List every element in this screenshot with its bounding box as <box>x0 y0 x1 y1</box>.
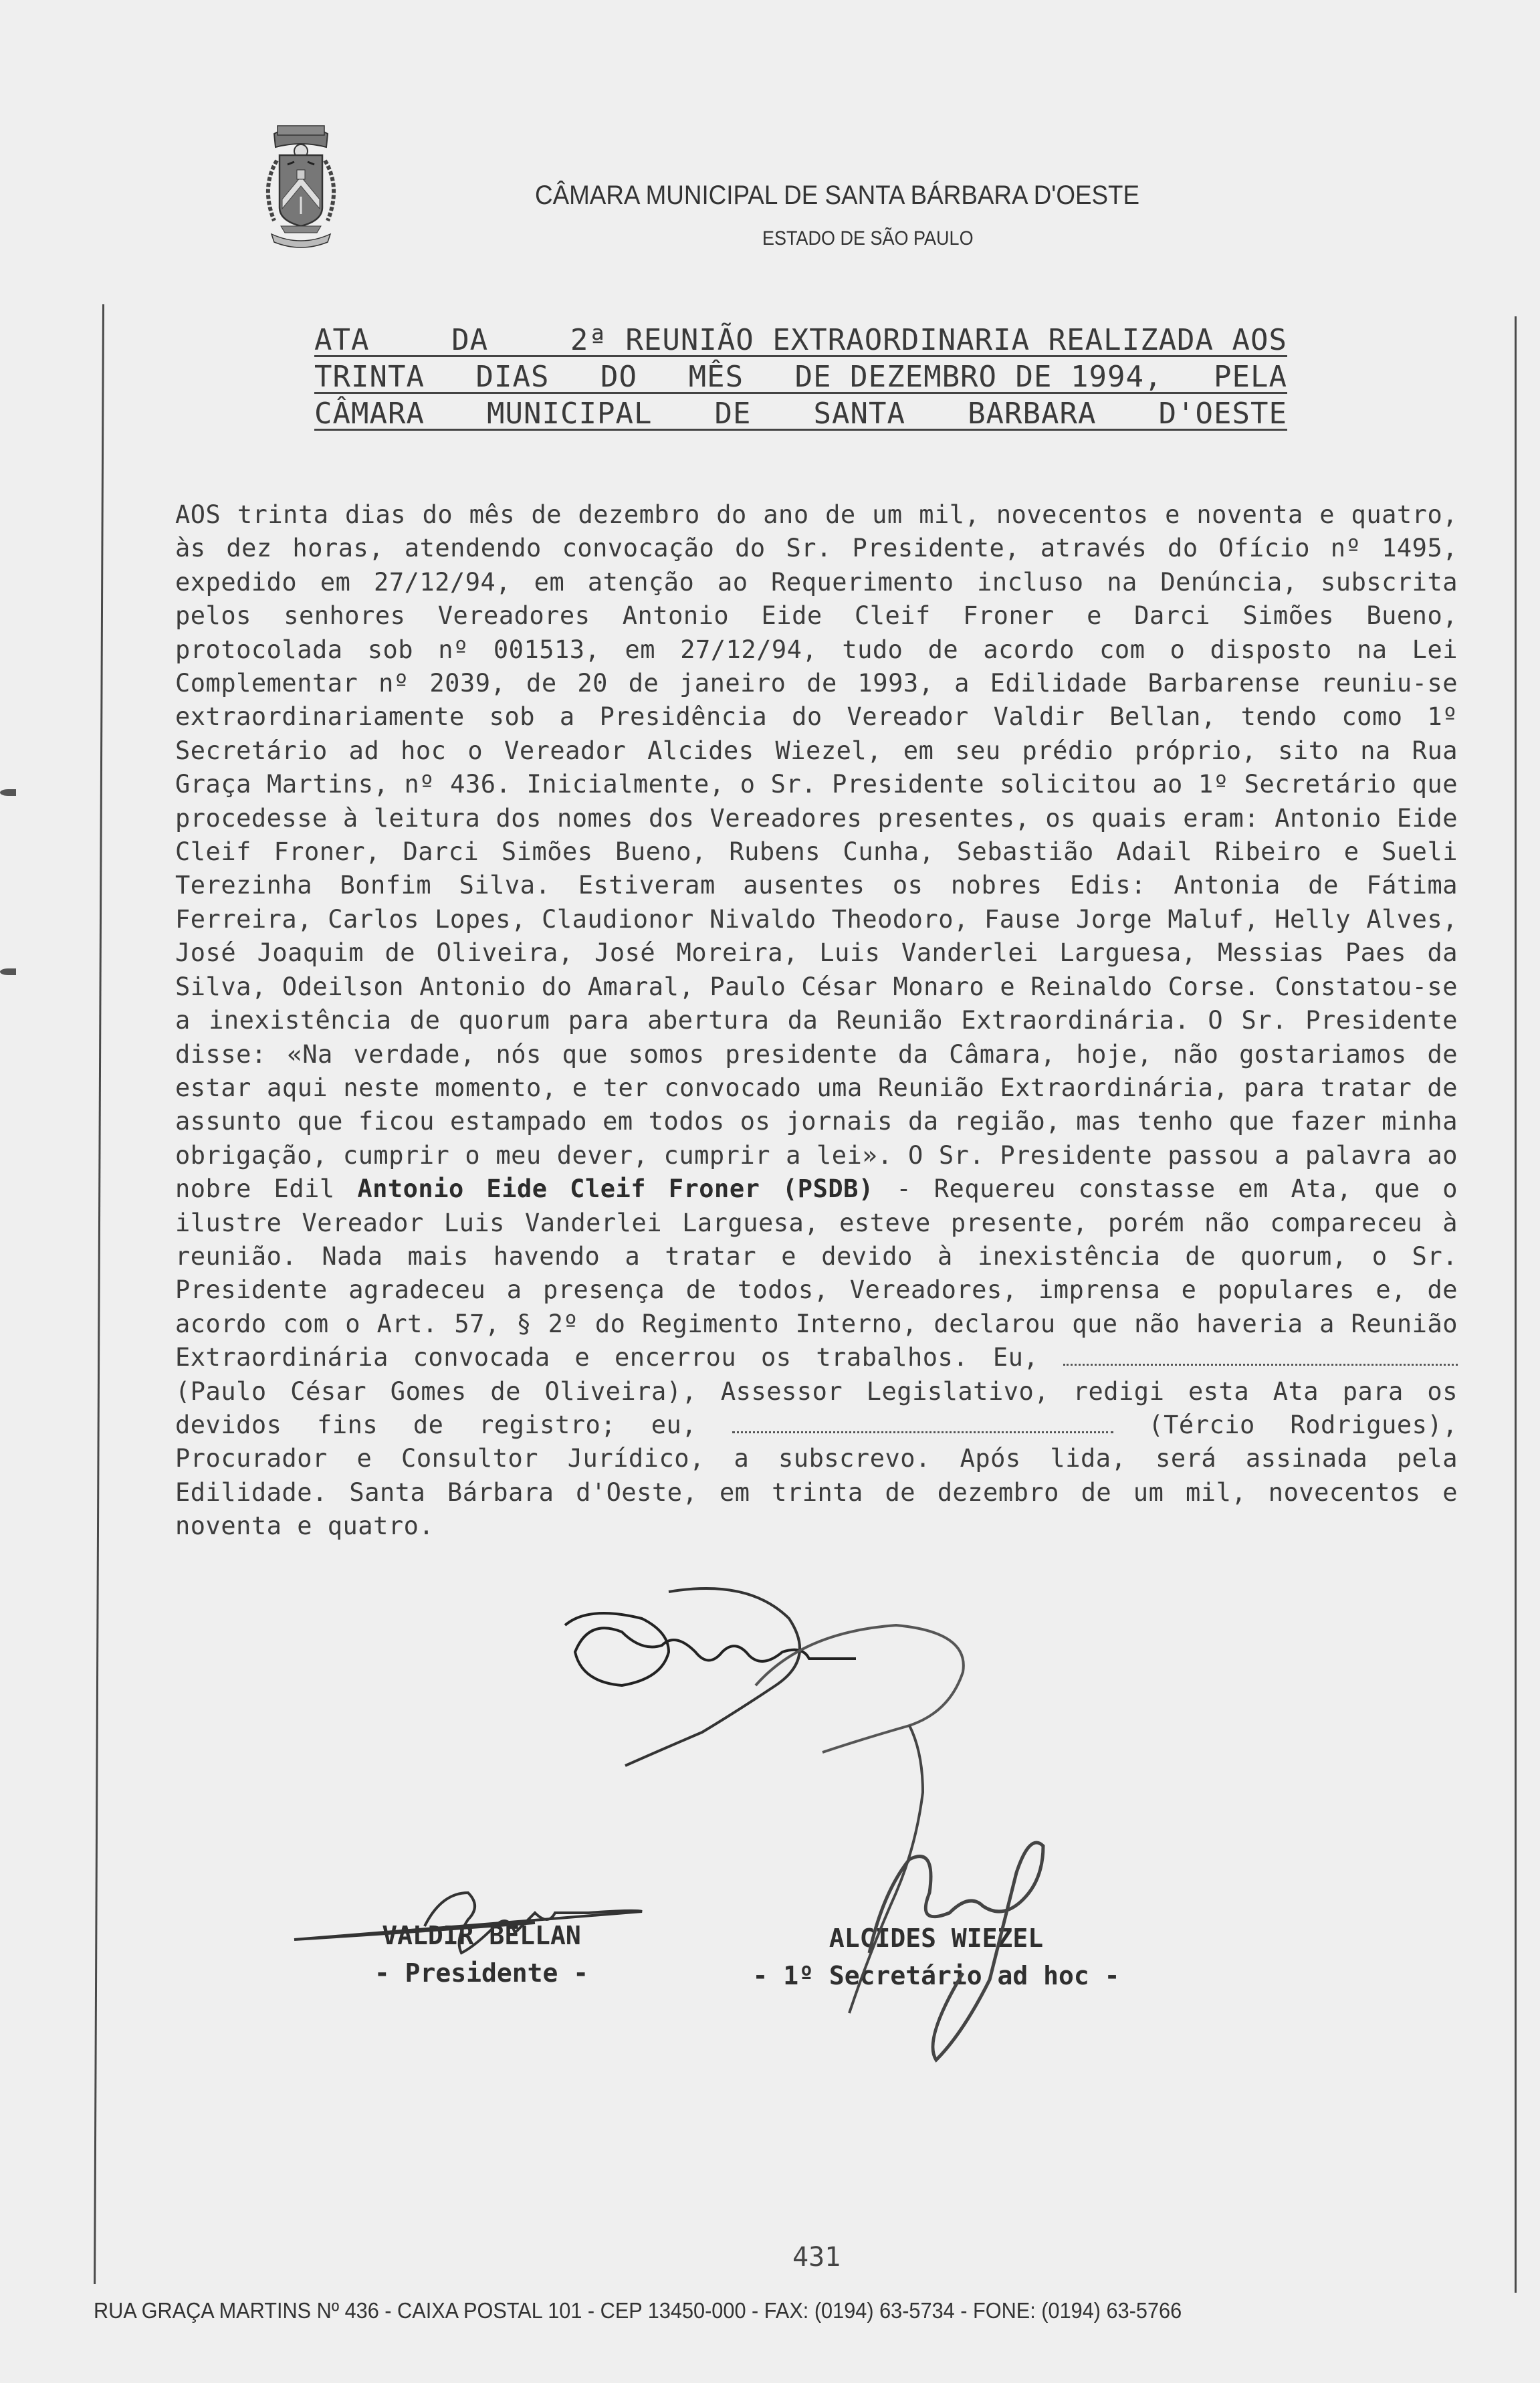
body-paragraph-part2: - Requereu constasse em Ata, que o ilust… <box>175 1174 1458 1372</box>
minutes-body: AOS trinta dias do mês de dezembro do an… <box>175 498 1458 1544</box>
title-word: MUNICIPAL <box>487 397 652 429</box>
left-border-line <box>94 304 104 2284</box>
title-line-2: TRINTADIASDOMÊSDE DEZEMBRO DE 1994,PELA <box>314 360 1287 394</box>
minutes-title: ATADA2ª REUNIÃO EXTRAORDINARIA REALIZADA… <box>314 323 1287 433</box>
subscriber-signature-line <box>732 1431 1113 1433</box>
secretary-role: - 1º Secretário ad hoc - <box>749 1957 1123 1994</box>
institution-name: CÂMARA MUNICIPAL DE SANTA BÁRBARA D'OEST… <box>535 181 1212 211</box>
title-line-1: ATADA2ª REUNIÃO EXTRAORDINARIA REALIZADA… <box>314 323 1287 357</box>
title-word: DE DEZEMBRO DE 1994, <box>795 360 1163 392</box>
title-word: D'OESTE <box>1159 397 1287 429</box>
address-footer: RUA GRAÇA MARTINS Nº 436 - CAIXA POSTAL … <box>94 2298 1437 2323</box>
margin-mark <box>0 968 16 975</box>
title-line-3: CÂMARAMUNICIPALDESANTABARBARAD'OESTE <box>314 397 1287 431</box>
coat-of-arms-icon <box>247 120 354 254</box>
secretary-name: ALCIDES WIEZEL <box>749 1920 1123 1957</box>
title-word: MÊS <box>689 360 744 392</box>
title-word: PELA <box>1214 360 1287 392</box>
president-name: VALDIR BELLAN <box>328 1917 635 1954</box>
speaker-name: Antonio Eide Cleif Froner (PSDB) <box>357 1174 873 1203</box>
page-number: 431 <box>792 2242 841 2273</box>
title-word: DIAS <box>476 360 550 392</box>
title-word: CÂMARA <box>314 397 425 429</box>
body-paragraph-part1: AOS trinta dias do mês de dezembro do an… <box>175 500 1458 1203</box>
writer-signature-line <box>1063 1364 1458 1366</box>
title-word: SANTA <box>814 397 905 429</box>
title-word: BARBARA <box>968 397 1096 429</box>
signature-secretary: ALCIDES WIEZEL - 1º Secretário ad hoc - <box>749 1920 1123 1994</box>
signature-president: VALDIR BELLAN - Presidente - <box>328 1917 635 1992</box>
title-word: DA <box>451 323 488 355</box>
margin-mark <box>0 789 16 796</box>
state-name: ESTADO DE SÃO PAULO <box>762 227 974 250</box>
title-word: DO <box>600 360 637 392</box>
document-page: CÂMARA MUNICIPAL DE SANTA BÁRBARA D'OEST… <box>0 0 1540 2383</box>
title-word: TRINTA <box>314 360 425 392</box>
right-border-line <box>1515 316 1517 2293</box>
title-word: DE <box>715 397 752 429</box>
title-word: 2ª REUNIÃO EXTRAORDINARIA REALIZADA AOS <box>570 323 1287 355</box>
president-role: - Presidente - <box>328 1954 635 1992</box>
title-word: ATA <box>314 323 369 355</box>
